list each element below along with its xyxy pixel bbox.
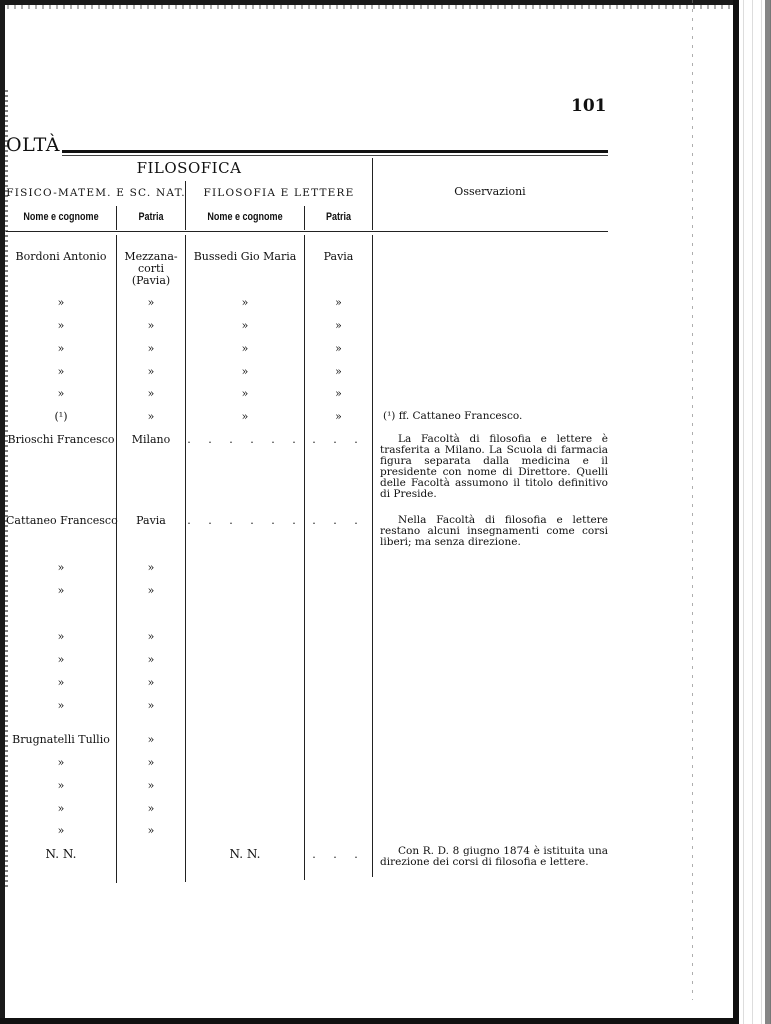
book-spine-shadow	[765, 0, 771, 1024]
table-cell-patria: Milano	[117, 434, 185, 445]
observation-note: (¹) ff. Cattaneo Francesco.	[383, 411, 611, 422]
ditto-mark: »	[6, 803, 116, 814]
ditto-mark: »	[6, 700, 116, 711]
column-divider	[372, 158, 373, 230]
ditto-mark: »	[117, 585, 185, 596]
table-cell-patria: corti	[117, 263, 185, 274]
ditto-mark: »	[6, 585, 116, 596]
ditto-mark: »	[117, 825, 185, 836]
table-cell-name: N. N.	[6, 849, 116, 860]
ditto-mark: »	[117, 803, 185, 814]
book-spine-edge	[733, 0, 739, 1020]
column-header-patria: Patria	[123, 211, 179, 223]
ditto-mark: »	[6, 780, 116, 791]
column-divider	[304, 235, 305, 880]
ditto-mark: »	[117, 562, 185, 573]
table-cell-patria: Mezzana-	[117, 251, 185, 262]
scan-noise-left	[5, 90, 8, 890]
column-header-name: Nome e cognome	[197, 211, 294, 223]
ditto-mark: »	[117, 700, 185, 711]
ditto-mark: »	[6, 297, 116, 308]
table-cell-patria: Pavia	[117, 515, 185, 526]
ditto-mark: »	[305, 320, 372, 331]
table-cell-patria: Pavia	[305, 251, 372, 262]
ditto-mark: »	[117, 677, 185, 688]
table-cell-name: Cattaneo Francesco	[6, 515, 116, 526]
column-divider	[116, 206, 117, 230]
ditto-mark: »	[186, 320, 304, 331]
ditto-mark: »	[6, 366, 116, 377]
table-cell-name: Brioschi Francesco	[6, 434, 116, 445]
ditto-mark: »	[117, 757, 185, 768]
table-cell-patria: (Pavia)	[117, 275, 185, 286]
column-divider	[185, 181, 186, 230]
column-header-patria: Patria	[311, 211, 366, 223]
page-gutter-line	[692, 0, 693, 1000]
ditto-mark: »	[186, 366, 304, 377]
ditto-mark: »	[117, 320, 185, 331]
section-title-filosofia-lettere: FILOSOFIA E LETTERE	[186, 187, 372, 199]
dotted-leader: . . .	[305, 434, 372, 445]
header-bottom-rule	[6, 231, 608, 232]
ditto-mark: »	[186, 388, 304, 399]
header-rule-thin	[62, 155, 608, 156]
table-cell-name: Brugnatelli Tullio	[6, 734, 116, 745]
observation-note: Nella Facoltà di filosofia e lettere res…	[380, 515, 608, 548]
column-divider	[372, 235, 373, 877]
table-cell-name: N. N.	[186, 849, 304, 860]
ditto-mark: »	[6, 654, 116, 665]
faculty-title: FILOSOFICA	[6, 159, 372, 177]
dotted-leader: . . .	[305, 849, 372, 860]
column-divider	[185, 235, 186, 882]
observation-note: La Facoltà di filosofia e lettere è tras…	[380, 434, 608, 500]
dotted-leader: . . . . . .	[186, 515, 304, 526]
page-number: 101	[571, 96, 607, 116]
ditto-mark: »	[6, 631, 116, 642]
ditto-mark: »	[6, 825, 116, 836]
ditto-mark: »	[117, 388, 185, 399]
ditto-mark: »	[117, 366, 185, 377]
observations-header: Osservazioni	[372, 185, 608, 198]
ditto-mark: »	[6, 388, 116, 399]
ditto-mark: »	[6, 562, 116, 573]
ditto-mark: »	[117, 297, 185, 308]
ditto-mark: »	[186, 297, 304, 308]
ditto-mark: »	[305, 343, 372, 354]
ditto-mark: »	[305, 366, 372, 377]
ditto-mark: »	[117, 411, 185, 422]
ditto-mark: »	[305, 411, 372, 422]
table-cell-name: Bussedi Gio Maria	[186, 251, 304, 262]
ditto-mark: »	[186, 411, 304, 422]
ditto-mark: »	[6, 677, 116, 688]
ditto-mark: »	[117, 343, 185, 354]
dotted-leader: . . . . . .	[186, 434, 304, 445]
section-title-fisico-matem: FISICO-MATEM. E SC. NAT.	[6, 187, 186, 199]
observation-note: Con R. D. 8 giugno 1874 è istituita una …	[380, 846, 608, 868]
header-rule-thick	[62, 150, 608, 153]
dotted-leader: . . .	[305, 515, 372, 526]
ditto-mark: »	[6, 320, 116, 331]
footnote-marker: (¹)	[6, 411, 116, 422]
ditto-mark: »	[6, 757, 116, 768]
ditto-mark: »	[117, 734, 185, 745]
ditto-mark: »	[305, 297, 372, 308]
column-header-name: Nome e cognome	[16, 211, 106, 223]
ditto-mark: »	[305, 388, 372, 399]
ditto-mark: »	[186, 343, 304, 354]
page-heading-fragment: OLTÀ	[6, 134, 60, 156]
scan-noise-top	[0, 5, 771, 9]
ditto-mark: »	[6, 343, 116, 354]
ditto-mark: »	[117, 654, 185, 665]
column-divider	[304, 206, 305, 230]
scan-edge-bottom	[0, 1018, 771, 1024]
ditto-mark: »	[117, 780, 185, 791]
ditto-mark: »	[117, 631, 185, 642]
table-cell-name: Bordoni Antonio	[6, 251, 116, 262]
